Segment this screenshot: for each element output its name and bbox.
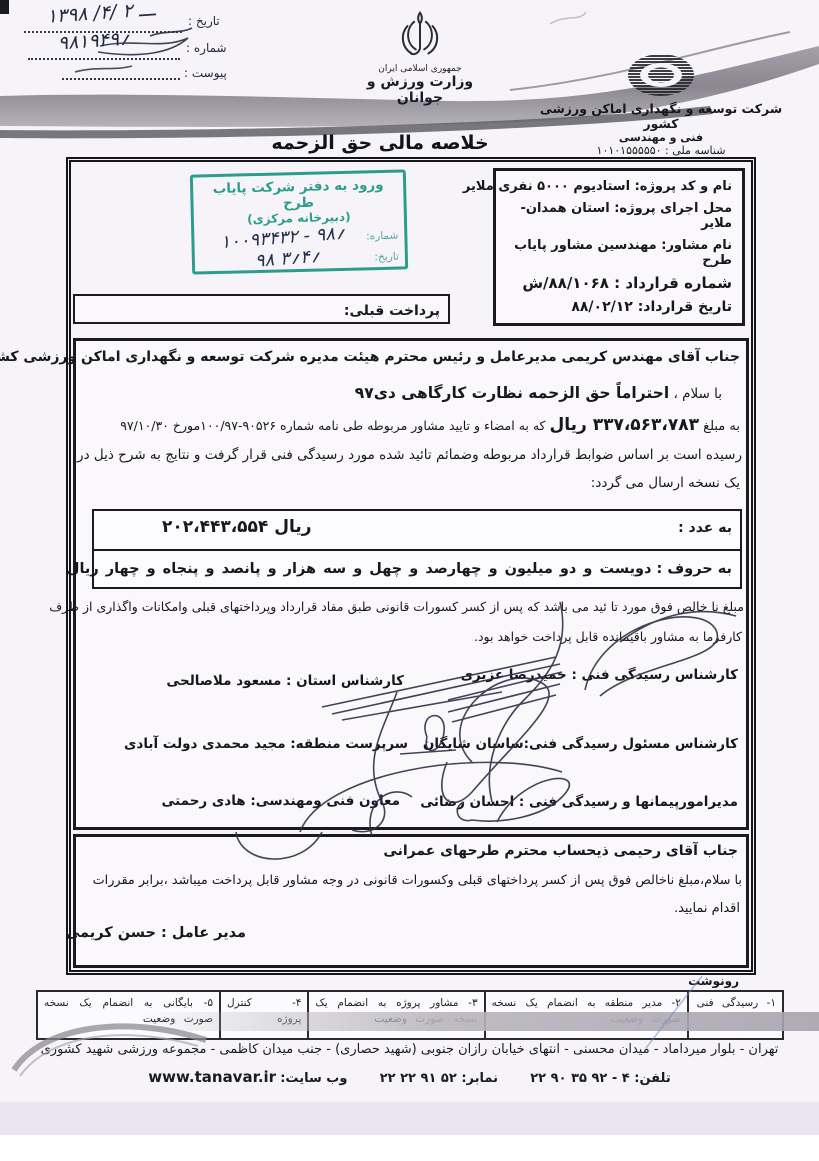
- salutation-prefix: با سلام ،: [669, 386, 722, 402]
- body-addressee-line: جناب آقای مهندس کریمی مدیرعامل و رئیس مح…: [0, 349, 740, 365]
- note-line1: مبلغ نا خالص فوق مورد تا ئید می باشد که …: [78, 599, 744, 614]
- company-logo-icon: [626, 52, 696, 98]
- treasurer-line2: با سلام،مبلغ ناخالص فوق پس از کسر پرداخت…: [80, 873, 742, 888]
- number-rule: [28, 56, 180, 60]
- treasurer-line3: اقدام نمایید.: [674, 901, 740, 916]
- number-label: شماره :: [186, 41, 227, 55]
- attachment-label: پیوست :: [184, 66, 227, 80]
- distribution-table: ۱- رسیدگی فنی ۲- مدیر منطقه به انضمام یک…: [36, 990, 784, 1040]
- stamp-line1: ورود به دفتر شرکت پایاب طرح: [199, 177, 398, 214]
- stamp-date-value: ⁦۹۸ ؍۴؍۳⁩: [254, 246, 321, 272]
- footer-website-url: www.tanavar.ir: [148, 1068, 276, 1086]
- footer-web-label: وب سایت:: [280, 1071, 347, 1086]
- distribution-cell-3: ۳- مشاور پروژه به انضمام یک نسخه صورت وض…: [307, 992, 483, 1038]
- amount-line-suffix: که به امضاء و تایید مشاور مربوطه طی نامه…: [120, 418, 549, 433]
- scan-strip: [0, 1102, 819, 1135]
- amount-line-prefix: به مبلغ: [699, 419, 740, 434]
- gross-amount: ⁦۳۳۷،۵۶۳،۷۸۳⁩ ریال: [549, 415, 699, 435]
- distribution-label: رونوشت: [688, 974, 739, 988]
- scan-bottom-white: [0, 1135, 819, 1161]
- company-block: شرکت توسعه و نگهداری اماکن ورزشی کشور فن…: [531, 52, 791, 157]
- amount-numeric-value: ⁦۲۰۲،۴۴۳،۵۵۴ ریال⁩: [162, 517, 312, 537]
- amount-words-label: به حروف :: [651, 561, 732, 577]
- emblem-caption-ministry: وزارت ورزش و جوانان: [362, 74, 478, 106]
- sig-responsible-expert: کارشناس مسئول رسیدگی فنی:ساسان شایگان: [423, 736, 738, 752]
- date-handwritten-value: ⁦۱۳۹۸ /۴/ ـــ ۲⁩: [15, 0, 186, 30]
- body-box: جناب آقای مهندس کریمی مدیرعامل و رئیس مح…: [73, 338, 749, 830]
- project-location-row: محل اجرای پروژه: استان همدان- ملایر: [506, 201, 732, 231]
- entry-stamp: ورود به دفتر شرکت پایاب طرح (دبیرخانه مر…: [190, 169, 408, 274]
- sig-review-expert: کارشناس رسیدگی فنی : حمیدرضا عزیزی: [461, 667, 738, 683]
- main-frame: نام و کد پروژه: استادیوم ۵۰۰۰ نفری ملایر…: [66, 157, 756, 975]
- previous-payment-box: پرداخت قبلی:: [73, 294, 450, 324]
- distribution-cell-1: ۱- رسیدگی فنی: [687, 992, 782, 1038]
- sig-province-expert: کارشناس استان : مسعود ملاصالحی: [166, 673, 404, 689]
- footer-fax: نمابر: ۵۲ ۹۱ ۲۲ ۲۲: [380, 1071, 498, 1086]
- body-amount-line: به مبلغ ⁦۳۳۷،۵۶۳،۷۸۳⁩ ریال که به امضاء و…: [120, 415, 740, 435]
- body-line5: یک نسخه ارسال می گردد:: [591, 475, 740, 491]
- iran-emblem-icon: [395, 8, 445, 64]
- stamp-number-label: شماره:: [366, 229, 398, 242]
- page-title: خلاصه مالی حق الزحمه: [230, 132, 530, 154]
- footer-contacts: تلفن: ۴ - ۹۲ ۳۵ ۹۰ ۲۲ نمابر: ۵۲ ۹۱ ۲۲ ۲۲…: [0, 1068, 819, 1086]
- body-line4: رسیده است بر اساس ضوابط قرارداد مربوطه و…: [77, 447, 742, 463]
- contract-date-row: تاریخ قرارداد: ⁦۸۸/۰۲/۱۲⁩: [506, 299, 732, 315]
- distribution-cell-4: ۴- کنترل پروژه: [219, 992, 307, 1038]
- ceo-signature: مدیر عامل : حسن کریمی: [65, 925, 246, 941]
- sig-contracts-manager: مدیرامورپیمانها و رسیدگی فنی : احسان رضا…: [420, 794, 738, 810]
- body-salutation-line: با سلام ، احتراماً حق الزحمه نظارت کارگا…: [355, 383, 722, 402]
- amount-numeric-label: به عدد :: [678, 520, 732, 536]
- footer-phone: تلفن: ۴ - ۹۲ ۳۵ ۹۰ ۲۲: [530, 1071, 670, 1086]
- note-line2: کارفرما به مشاور باقیمانده قابل پرداخت خ…: [474, 629, 742, 644]
- sig-region-supervisor: سرپرست منطقه: مجید محمدی دولت آبادی: [124, 736, 408, 752]
- treasurer-box: جناب آقای رحیمی ذیحساب محترم طرحهای عمرا…: [73, 834, 749, 968]
- distribution-cell-2: ۲- مدیر منطقه به انضمام یک نسخه صورت وضع…: [484, 992, 687, 1038]
- company-name: شرکت توسعه و نگهداری اماکن ورزشی کشور: [531, 101, 791, 131]
- attachment-rule: [62, 76, 180, 80]
- project-name-row: نام و کد پروژه: استادیوم ۵۰۰۰ نفری ملایر: [506, 179, 732, 194]
- scanned-letter-page: تاریخ : ⁦۱۳۹۸ /۴/ ـــ ۲⁩ شماره : ⁦۹۸؍۱۹۴…: [0, 0, 819, 1161]
- footer-address: تهران - بلوار میرداماد - میدان محسنی - ا…: [0, 1042, 819, 1057]
- distribution-cell-5: ۵- بایگانی به انضمام یک نسخه صورت وضعیت: [38, 992, 219, 1038]
- date-label: تاریخ :: [188, 14, 220, 28]
- scan-corner-artifact: [0, 0, 9, 14]
- contract-number-row: شماره قرارداد : ⁦۸۸/۱۰۶۸⁩/ش: [506, 274, 732, 292]
- emblem-block: جمهوری اسلامی ایران وزارت ورزش و جوانان: [362, 8, 478, 106]
- project-info-box: نام و کد پروژه: استادیوم ۵۰۰۰ نفری ملایر…: [493, 168, 745, 326]
- stamp-date-label: تاریخ:: [374, 250, 399, 263]
- project-consultant-row: نام مشاور: مهندسین مشاور پایاب طرح: [506, 238, 732, 268]
- amount-box: به عدد : ⁦۲۰۲،۴۴۳،۵۵۴ ریال⁩ به حروف : دو…: [92, 509, 742, 589]
- emblem-caption-country: جمهوری اسلامی ایران: [362, 64, 478, 74]
- company-national-id: شناسه ملی : ۱۰۱۰۱۵۵۵۵۵۰: [531, 144, 791, 157]
- amount-words-value: دویست و دو میلیون و چهارصد و چهل و سه هز…: [67, 561, 652, 577]
- subject-text: احتراماً حق الزحمه نظارت کارگاهی دی۹۷: [355, 384, 669, 402]
- sig-technical-deputy: معاون فنی ومهندسی: هادی رحمتی: [161, 793, 400, 809]
- company-division: فنی و مهندسی: [531, 131, 791, 144]
- treasurer-addressee: جناب آقای رحیمی ذیحساب محترم طرحهای عمرا…: [383, 843, 738, 859]
